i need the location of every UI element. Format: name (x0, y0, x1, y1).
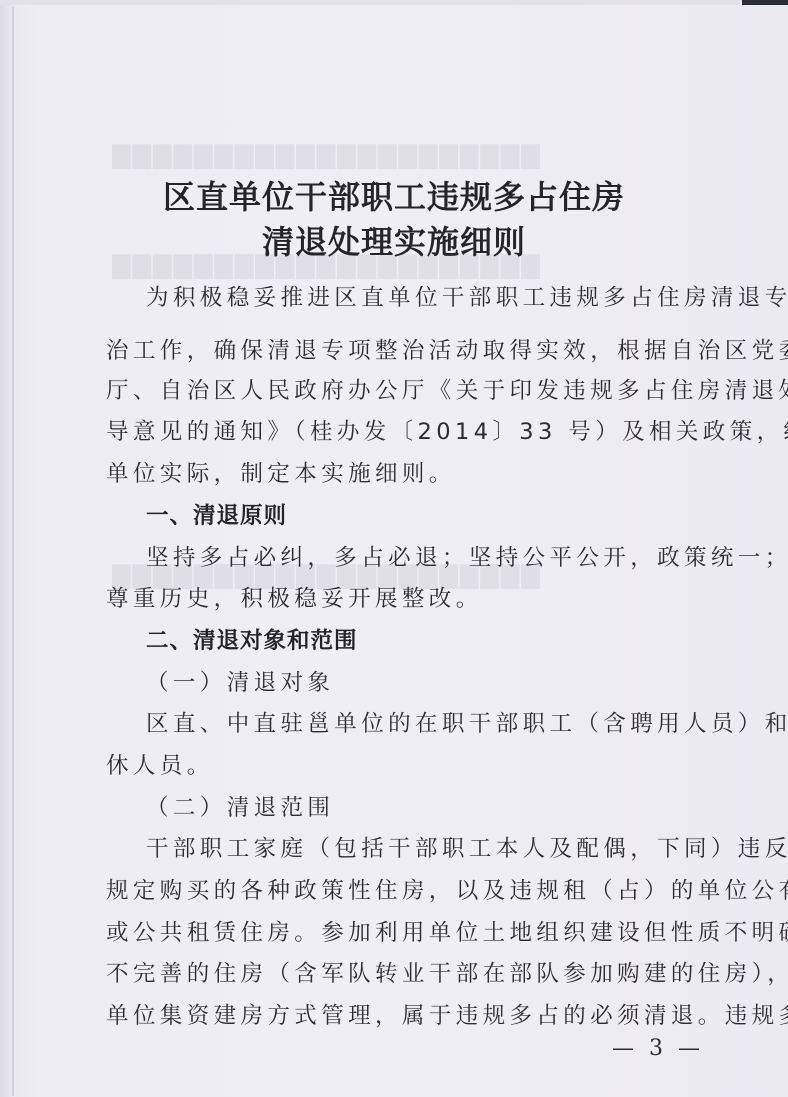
page-number: — 3 — (612, 1036, 704, 1061)
document-title-line-2: 清退处理实施细则 (0, 217, 788, 263)
section-text: 干部职工家庭（包括干部职工本人及配偶，下同）违反政策 (146, 834, 696, 864)
intro-line: 导意见的通知》（桂办发〔2014〕33 号）及相关政策，结合区直 (106, 417, 696, 447)
document-title-line-1: 区直单位干部职工违规多占住房 (0, 172, 788, 218)
section-text: 单位集资建房方式管理，属于违规多占的必须清退。违规多占住 (106, 1001, 696, 1031)
section-heading-scope: 二、清退对象和范围 (146, 626, 696, 656)
intro-line: 厅、自治区人民政府办公厅《关于印发违规多占住房清退处理指 (106, 376, 696, 406)
section-text: 或公共租赁住房。参加利用单位土地组织建设但性质不明确手续 (106, 918, 696, 948)
scanned-page: ▇▇▇▇▇▇▇▇▇▇▇▇▇▇▇▇▇▇▇▇▇ ▇▇▇▇▇▇▇▇▇▇▇▇▇▇▇▇▇▇… (0, 0, 788, 1097)
section-text: 区直、中直驻邕单位的在职干部职工（含聘用人员）和离退 (146, 709, 696, 739)
page-top-edge (0, 0, 740, 5)
section-heading-principles: 一、清退原则 (146, 501, 696, 531)
scanner-corner-shadow (742, 0, 788, 5)
bleed-through-text: ▇▇▇▇▇▇▇▇▇▇▇▇▇▇▇▇▇▇▇▇▇ (110, 140, 540, 169)
intro-line: 单位实际，制定本实施细则。 (106, 459, 696, 489)
page-left-edge (12, 6, 14, 1096)
section-text: 不完善的住房（含军队转业干部在部队参加购建的住房），参照 (106, 959, 696, 989)
section-text: 规定购买的各种政策性住房，以及违规租（占）的单位公有住房 (106, 876, 696, 906)
section-text: 坚持多占必纠，多占必退；坚持公平公开，政策统一；坚持 (146, 543, 696, 573)
section-text: 尊重历史，积极稳妥开展整改。 (106, 584, 696, 614)
intro-line: 为积极稳妥推进区直单位干部职工违规多占住房清退专项整 (146, 283, 696, 313)
subsection-heading-targets: （一）清退对象 (146, 668, 696, 698)
intro-line: 治工作，确保清退专项整治活动取得实效，根据自治区党委办公 (106, 336, 696, 366)
subsection-heading-range: （二）清退范围 (146, 793, 696, 823)
section-text: 休人员。 (106, 751, 696, 781)
